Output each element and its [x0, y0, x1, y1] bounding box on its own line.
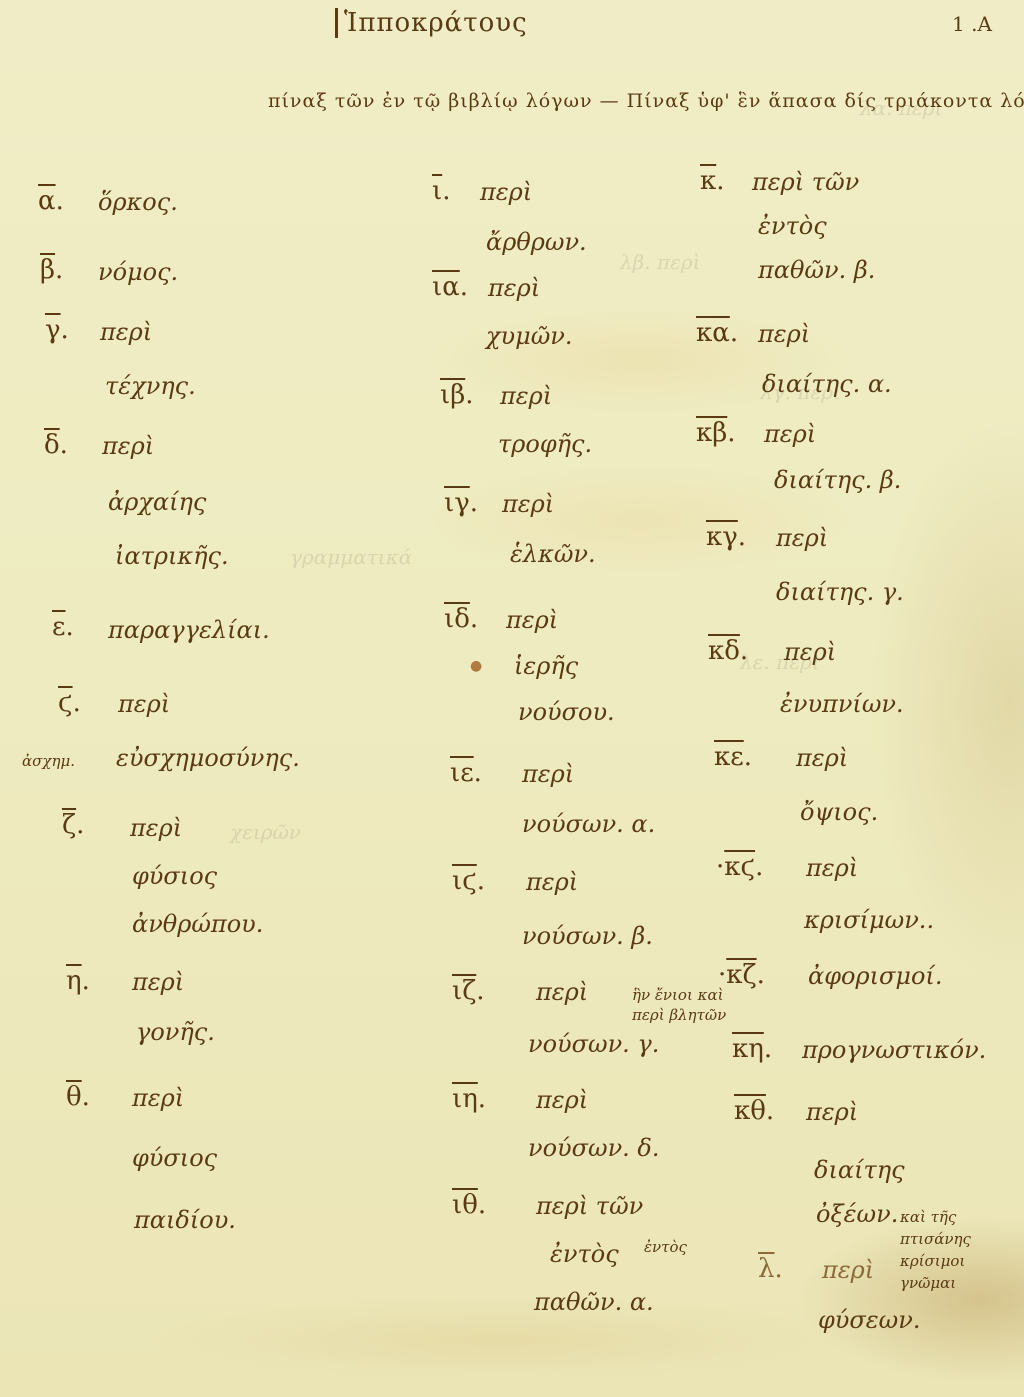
entry-title: διαίτης. α. [762, 370, 892, 398]
entry-title: περὶ [822, 1256, 874, 1284]
entry-title: ἐντὸς [758, 212, 827, 240]
entry-title: περὶ [784, 638, 836, 666]
entry-title: περὶ [102, 432, 154, 460]
entry-title: παθῶν. β. [758, 256, 875, 284]
entry-number: ιγ. [444, 488, 478, 518]
entry-title: νούσων. α. [522, 810, 655, 838]
entry-title: περὶ [488, 274, 540, 302]
entry-number: κδ. [708, 636, 748, 666]
entry-title: περὶ [502, 490, 554, 518]
entry-number: λ. [758, 1254, 783, 1284]
entry-title: ὅρκος. [98, 188, 178, 216]
entry-title: φύσιος [132, 1144, 217, 1172]
entry-title: περὶ [758, 320, 810, 348]
entry-title: κρισίμων.. [804, 906, 934, 934]
entry-number: ια. [432, 272, 468, 302]
page-subtitle: πίναξ τῶν ἐν τῷ βιβλίῳ λόγων — Πίναξ ὑφ'… [268, 90, 1024, 112]
entry-title: περὶ τῶν [536, 1192, 643, 1220]
entry-title: περὶ [536, 1086, 588, 1114]
entry-number: ζ. [62, 810, 84, 840]
entry-title: διαίτης [814, 1156, 905, 1184]
entry-title: φύσιος [132, 862, 217, 890]
entry-title: προγνωστικόν. [802, 1036, 986, 1064]
entry-number: κβ. [696, 418, 736, 448]
entry-number: η. [66, 966, 90, 996]
entry-title: περὶ [506, 606, 558, 634]
entry-number: κη. [732, 1034, 772, 1064]
entry-number: ιζ. [452, 976, 485, 1006]
entry-title: περὶ [118, 690, 170, 718]
entry-number: ιδ. [444, 604, 478, 634]
entry-title: ἀνθρώπου. [132, 910, 263, 938]
entry-title: ἱερῆς [514, 652, 578, 680]
margin-note: καὶ τῆς πτισάνης κρίσιμοι γνῶμαι [900, 1206, 1024, 1294]
entry-number: κα. [696, 318, 738, 348]
entry-number: ·κϛ. [716, 852, 763, 882]
entry-title: περὶ [536, 978, 588, 1006]
margin-note: ἐντὸς [644, 1238, 687, 1256]
entry-number: ιη. [452, 1084, 486, 1114]
entry-title: περὶ [806, 1098, 858, 1126]
entry-title: ἐνυπνίων. [780, 690, 904, 718]
entry-title: παιδίου. [134, 1206, 236, 1234]
entry-title: ὄψιος. [800, 798, 878, 826]
entry-title: περὶ [764, 420, 816, 448]
folio-number: 1 .A [952, 12, 992, 36]
entry-title: χυμῶν. [486, 322, 573, 350]
entry-number: κε. [714, 742, 752, 772]
entry-title: νούσου. [518, 698, 615, 726]
entry-title: παραγγελίαι. [108, 616, 270, 644]
entry-title: περὶ [100, 318, 152, 346]
entry-title: διαίτης. γ. [776, 578, 904, 606]
entry-number: δ. [44, 430, 68, 460]
entry-number: ι. [432, 176, 450, 206]
entry-title: ὀξέων. [816, 1200, 898, 1228]
entry-title: παθῶν. α. [534, 1288, 654, 1316]
entry-title: περὶ [522, 760, 574, 788]
entry-title: ἑλκῶν. [510, 540, 596, 568]
entry-title: περὶ [480, 178, 532, 206]
entry-title: ἐντὸς [550, 1240, 619, 1268]
page-title: Ἱπποκράτους [335, 8, 528, 38]
entry-title: περὶ [500, 382, 552, 410]
entry-title: τροφῆς. [498, 430, 592, 458]
entry-title: περὶ [806, 854, 858, 882]
entry-title: τέχνης. [105, 372, 196, 400]
entry-title: νούσων. γ. [528, 1030, 659, 1058]
entry-title: νούσων. β. [522, 922, 653, 950]
entry-number: κγ. [706, 522, 746, 552]
entry-title: εὐσχημοσύνης. [116, 744, 300, 772]
entry-title: ἀρχαίης [108, 488, 206, 516]
entry-title: ἄρθρων. [486, 228, 587, 256]
margin-note: ἀσχημ. [22, 752, 75, 770]
entry-number: ϛ. [58, 688, 81, 718]
entry-number: β. [40, 255, 63, 285]
entry-title: γονῆς. [136, 1018, 215, 1046]
entry-number: ιβ. [440, 380, 474, 410]
entry-number: ιθ. [452, 1190, 486, 1220]
bleed-through-text: γραμματικά [290, 545, 412, 569]
entry-number: ιϛ. [452, 866, 485, 896]
entry-title: διαίτης. β. [774, 466, 901, 494]
entry-title: περὶ [132, 1084, 184, 1112]
bleed-through-text: χειρῶν [230, 820, 301, 844]
entry-title: ἰατρικῆς. [115, 542, 229, 570]
entry-title: νόμος. [98, 258, 178, 286]
entry-title: ἀφορισμοί. [808, 962, 942, 990]
margin-note: ἣν ἔνιοι καὶ περὶ βλητῶν [632, 985, 742, 1025]
entry-title: περὶ [776, 524, 828, 552]
entry-number: ιε. [450, 758, 482, 788]
entry-title: περὶ [132, 968, 184, 996]
bleed-through-text: λβ. περὶ [620, 250, 700, 274]
ink-dot: ● [470, 658, 482, 674]
entry-title: νούσων. δ. [528, 1134, 660, 1162]
entry-number: θ. [66, 1082, 90, 1112]
entry-title: περὶ [796, 744, 848, 772]
entry-title: περὶ [526, 868, 578, 896]
entry-number: ε. [52, 612, 74, 642]
entry-title: περὶ τῶν [752, 168, 859, 196]
entry-number: κ. [700, 166, 725, 196]
manuscript-page: λα. περὶ λβ. περὶ λγ. περὶ γραμματικά λε… [0, 0, 1024, 1397]
entry-number: ·κζ. [718, 960, 765, 990]
entry-title: φύσεων. [818, 1306, 920, 1334]
entry-number: κθ. [734, 1096, 774, 1126]
entry-title: περὶ [130, 814, 182, 842]
entry-number: α. [38, 186, 64, 216]
entry-number: γ. [45, 315, 69, 345]
